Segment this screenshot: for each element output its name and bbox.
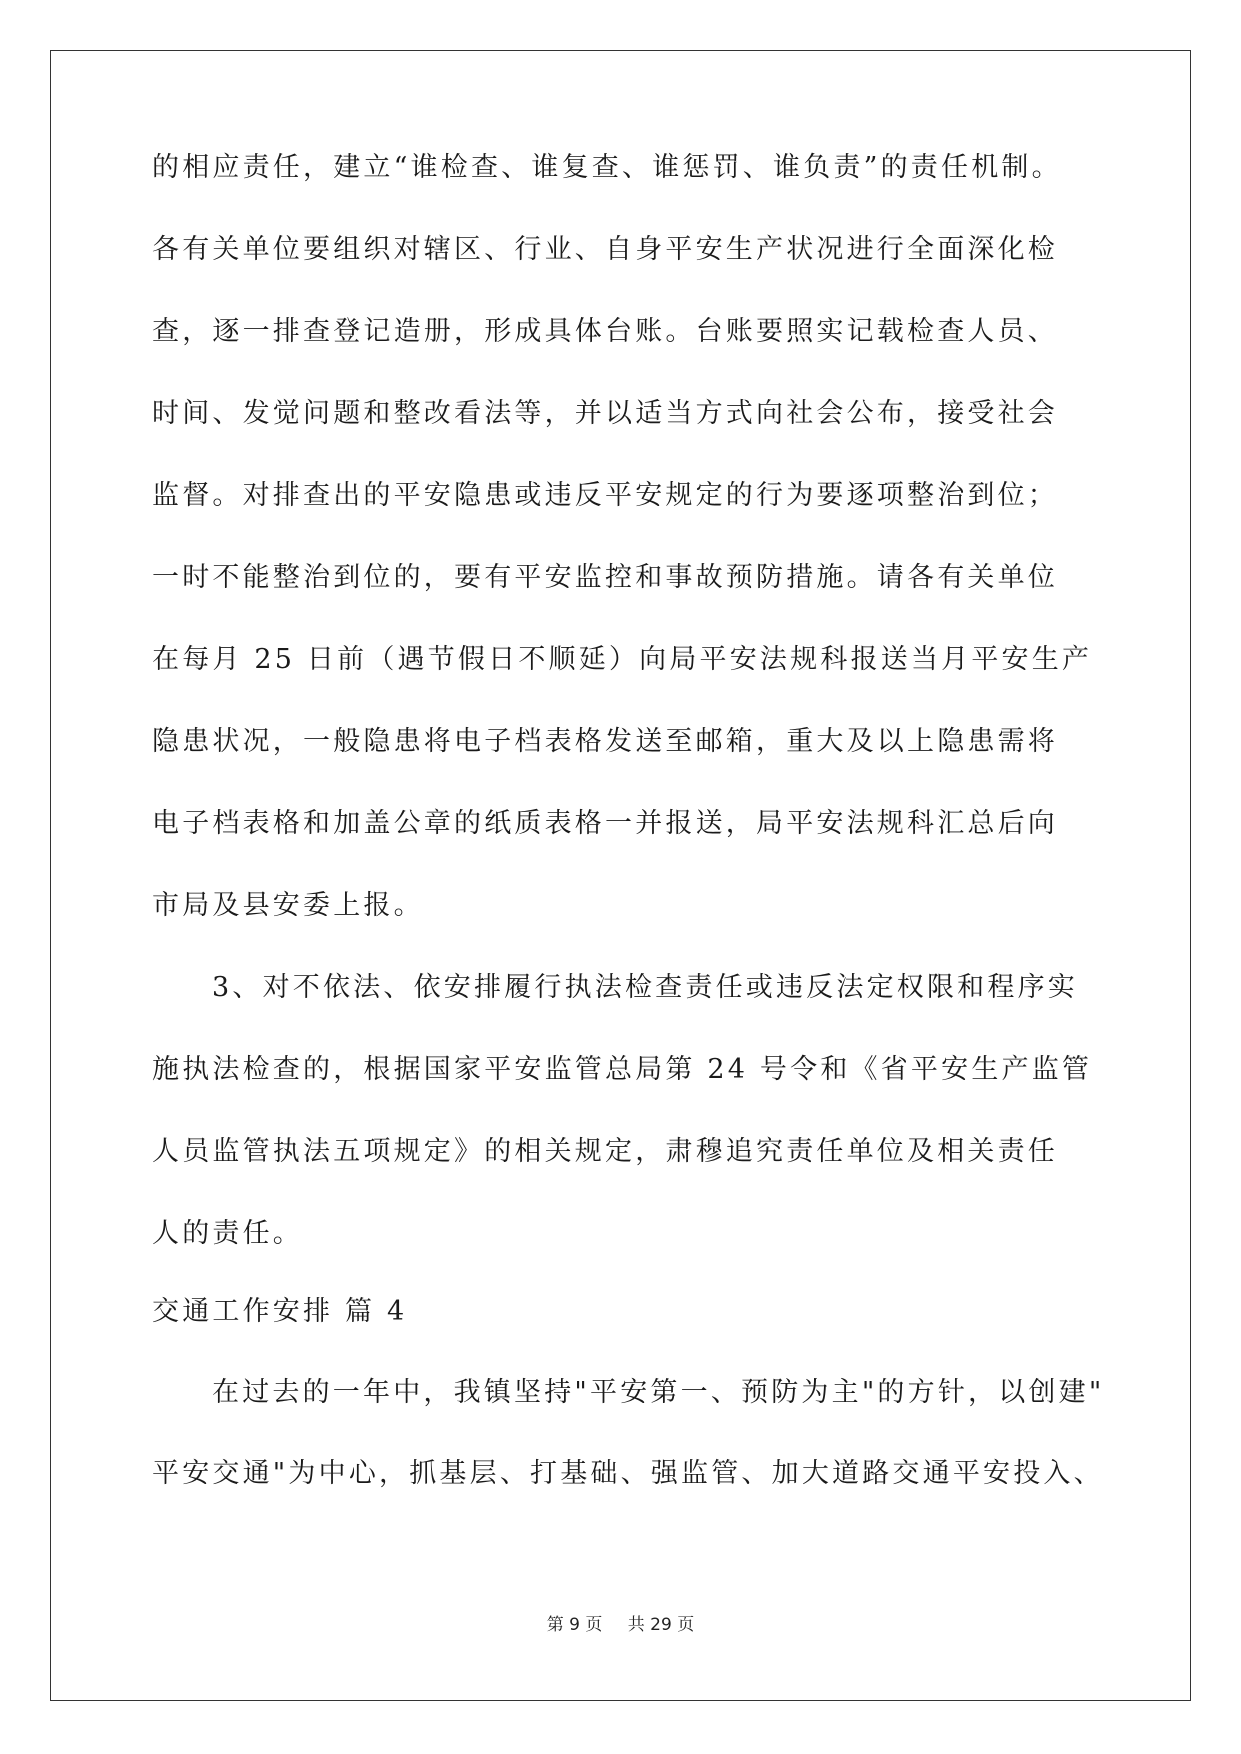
text-line: 在每月 25 日前（遇节假日不顺延）向局平安法规科报送当月平安生产 — [152, 640, 1092, 680]
text-line: 各有关单位要组织对辖区、行业、自身平安生产状况进行全面深化检 — [152, 230, 1058, 270]
text-line: 的相应责任，建立“谁检查、谁复查、谁惩罚、谁负责”的责任机制。 — [152, 148, 1062, 188]
text-line: 3、对不依法、依安排履行执法检查责任或违反法定权限和程序实 — [212, 968, 1078, 1008]
section-heading: 交通工作安排 篇 4 — [152, 1292, 407, 1332]
text-line: 查，逐一排查登记造册，形成具体台账。台账要照实记载检查人员、 — [152, 312, 1058, 352]
text-line: 时间、发觉问题和整改看法等，并以适当方式向社会公布，接受社会 — [152, 394, 1058, 434]
text-line: 监督。对排查出的平安隐患或违反平安规定的行为要逐项整治到位； — [152, 476, 1058, 516]
text-line: 市局及县安委上报。 — [152, 886, 424, 926]
text-line: 平安交通"为中心，抓基层、打基础、强监管、加大道路交通平安投入、 — [152, 1454, 1104, 1494]
text-line: 在过去的一年中，我镇坚持"平安第一、预防为主"的方针，以创建" — [212, 1373, 1104, 1413]
text-line: 施执法检查的，根据国家平安监管总局第 24 号令和《省平安生产监管 — [152, 1050, 1092, 1090]
page-number: 第 9 页 — [547, 1615, 603, 1635]
page-footer: 第 9 页 共 29 页 — [0, 1610, 1241, 1635]
text-line: 隐患状况，一般隐患将电子档表格发送至邮箱，重大及以上隐患需将 — [152, 722, 1058, 762]
text-line: 电子档表格和加盖公章的纸质表格一并报送，局平安法规科汇总后向 — [152, 804, 1058, 844]
text-line: 人员监管执法五项规定》的相关规定，肃穆追究责任单位及相关责任 — [152, 1132, 1058, 1172]
text-line: 一时不能整治到位的，要有平安监控和事故预防措施。请各有关单位 — [152, 558, 1058, 598]
text-line: 人的责任。 — [152, 1214, 303, 1254]
page-total: 共 29 页 — [628, 1615, 694, 1635]
